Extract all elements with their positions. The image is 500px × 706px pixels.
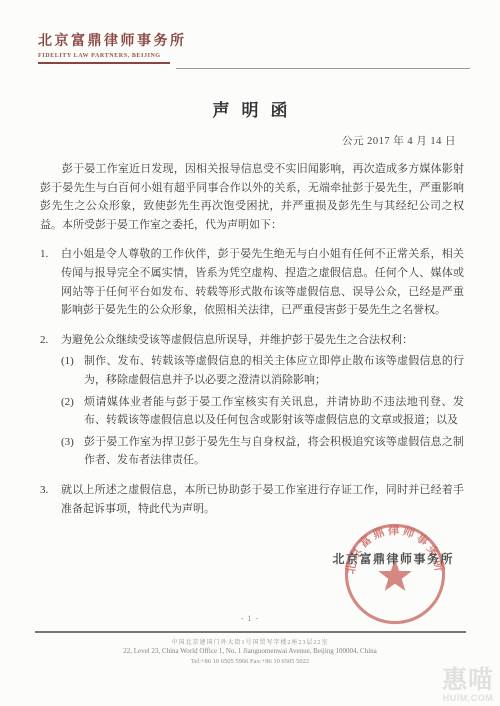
official-seal-stamp: 北京富鼎律师事务所 [342, 521, 448, 627]
footer-address-english: 22, Level 23, China World Office 1, No. … [0, 647, 500, 655]
huimiao-watermark: 惠喵 HUIM.COM [437, 667, 499, 703]
letterhead-underline [38, 62, 170, 64]
letter-body: 彭于晏工作室近日发现，因相关报导信息受不实旧闻影响，再次造成多方媒体影射彭于晏先… [40, 160, 464, 518]
firm-name-english: FIDELITY LAW PARTNERS, BEIJING [38, 53, 187, 59]
header-divider-line [176, 68, 470, 69]
signature-firm-name: 北京富鼎律师事务所 [332, 550, 454, 567]
subitem-text: 彭于晏工作室为捍卫彭于晏先生与自身权益，将会积极追究该等虚假信息之制作者、发布者… [84, 433, 464, 470]
item-number: 1. [40, 245, 61, 319]
intro-paragraph: 彭于晏工作室近日发现，因相关报导信息受不实旧闻影响，再次造成多方媒体影射彭于晏先… [40, 160, 464, 234]
subitem-number: (1) [61, 352, 84, 389]
item-text: 为避免公众继续受该等虚假信息所误导，并维护彭于晏先生之合法权利： [61, 331, 464, 350]
watermark-logo-text: 惠喵 [437, 667, 499, 693]
subitem-number: (2) [61, 393, 84, 430]
list-item-1: 1. 白小姐是令人尊敬的工作伙伴，彭于晏先生绝无与白小姐有任何不正常关系，相关传… [40, 245, 464, 319]
subitem-number: (3) [61, 433, 84, 470]
item-text: 就以上所述之虚假信息，本所已协助彭于晏工作室进行存证工作，同时并已经着手准备起诉… [61, 481, 464, 518]
subitem-text: 烦请媒体业者能与彭于晏工作室核实有关讯息，并请协助不违法地刊登、发布、转载该等虚… [84, 393, 464, 430]
list-item-2: 2. 为避免公众继续受该等虚假信息所误导，并维护彭于晏先生之合法权利： [40, 331, 464, 350]
subitem-text: 制作、发布、转载该等虚假信息的相关主体应立即停止散布该等虚假信息的行为，移除虚假… [84, 352, 464, 389]
firm-name-chinese: 北京富鼎律师事务所 [38, 33, 187, 51]
watermark-domain-text: HUIM.COM [437, 693, 499, 703]
letter-title: 声明函 [0, 96, 500, 121]
item-number: 2. [40, 331, 61, 350]
list-subitem-2-2: (2) 烦请媒体业者能与彭于晏工作室核实有关讯息，并请协助不违法地刊登、发布、转… [61, 393, 464, 430]
list-subitem-2-1: (1) 制作、发布、转载该等虚假信息的相关主体应立即停止散布该等虚假信息的行为，… [61, 352, 464, 389]
list-subitem-2-3: (3) 彭于晏工作室为捍卫彭于晏先生与自身权益，将会积极追究该等虚假信息之制作者… [61, 433, 464, 470]
statement-letter-page: 北京富鼎律师事务所 FIDELITY LAW PARTNERS, BEIJING… [0, 0, 500, 706]
item-text: 白小姐是令人尊敬的工作伙伴，彭于晏先生绝无与白小姐有任何不正常关系，相关传闻与报… [61, 245, 464, 319]
footer-tel-fax: Tel:+86 10 6505 5966 Fax:+86 10 6505 502… [0, 658, 500, 665]
item-number: 3. [40, 481, 61, 518]
list-item-3: 3. 就以上所述之虚假信息，本所已协助彭于晏工作室进行存证工作，同时并已经着手准… [40, 481, 464, 518]
footer-address-chinese: 中国北京建国门外大街1号国贸写字楼2座23层22室 [0, 637, 500, 646]
footer-divider-line [35, 631, 466, 633]
letter-date: 公元 2017 年 4 月 14 日 [342, 133, 456, 148]
letterhead: 北京富鼎律师事务所 FIDELITY LAW PARTNERS, BEIJING [38, 33, 187, 64]
